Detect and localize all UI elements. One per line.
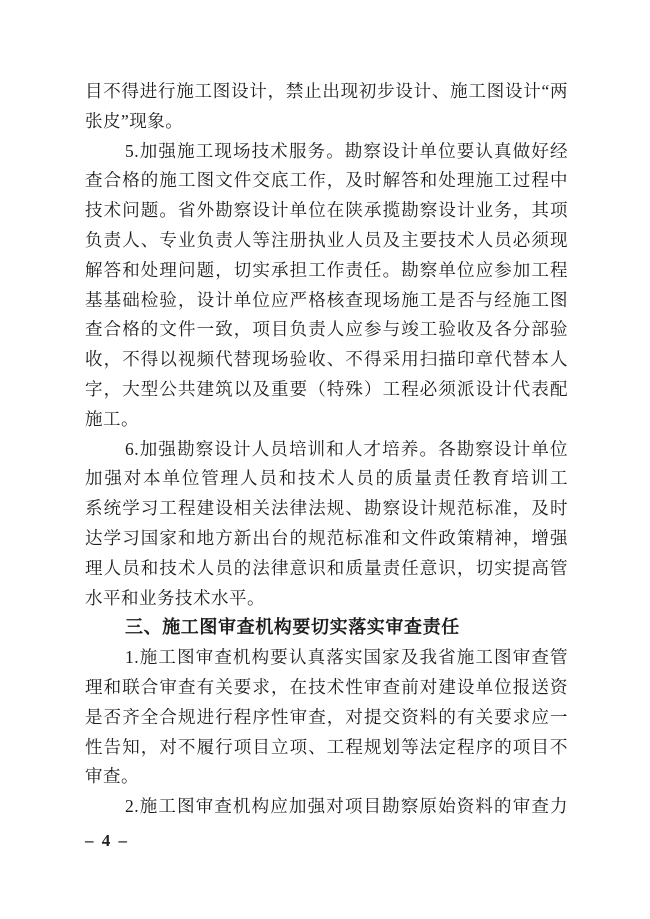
page-number: – 4 –	[85, 831, 129, 851]
text-line: 水平和业务技术水平。	[85, 584, 568, 614]
text-line: 施工。	[85, 405, 568, 435]
text-line: 收，不得以视频代替现场验收、不得采用扫描印章代替本人签	[85, 345, 568, 375]
text-line: 技术问题。省外勘察设计单位在陕承揽勘察设计业务，其项目	[85, 196, 568, 226]
text-line: 2.施工图审查机构应加强对项目勘察原始资料的审查力	[85, 792, 568, 822]
text-line: 1.施工图审查机构要认真落实国家及我省施工图审查管	[85, 643, 568, 673]
document-body: 目不得进行施工图设计，禁止出现初步设计、施工图设计“两张皮”现象。5.加强施工现…	[85, 77, 568, 822]
text-line: 理和联合审查有关要求，在技术性审查前对建设单位报送资料	[85, 673, 568, 703]
text-line: 5.加强施工现场技术服务。勘察设计单位要认真做好经审	[85, 137, 568, 167]
text-line: 目不得进行施工图设计，禁止出现初步设计、施工图设计“两	[85, 77, 568, 107]
section-heading: 三、施工图审查机构要切实落实审查责任	[85, 613, 568, 643]
text-line: 基基础检验，设计单位应严格核查现场施工是否与经施工图审	[85, 286, 568, 316]
text-line: 性告知，对不履行项目立项、工程规划等法定程序的项目不予	[85, 733, 568, 763]
text-line: 6.加强勘察设计人员培训和人才培养。各勘察设计单位要	[85, 435, 568, 465]
document-page: 目不得进行施工图设计，禁止出现初步设计、施工图设计“两张皮”现象。5.加强施工现…	[0, 0, 650, 919]
text-line: 字，大型公共建筑以及重要（特殊）工程必须派设计代表配合	[85, 375, 568, 405]
text-line: 理人员和技术人员的法律意识和质量责任意识，切实提高管理	[85, 554, 568, 584]
text-line: 负责人、专业负责人等注册执业人员及主要技术人员必须现场	[85, 226, 568, 256]
text-line: 查合格的施工图文件交底工作，及时解答和处理施工过程中的	[85, 166, 568, 196]
text-line: 查合格的文件一致，项目负责人应参与竣工验收及各分部验	[85, 315, 568, 345]
text-line: 审查。	[85, 762, 568, 792]
text-line: 解答和处理问题，切实承担工作责任。勘察单位应参加工程地	[85, 256, 568, 286]
text-line: 张皮”现象。	[85, 107, 568, 137]
text-line: 达学习国家和地方新出台的规范标准和文件政策精神，增强管	[85, 524, 568, 554]
text-line: 系统学习工程建设相关法律法规、勘察设计规范标准，及时传	[85, 494, 568, 524]
text-line: 是否齐全合规进行程序性审查，对提交资料的有关要求应一次	[85, 703, 568, 733]
text-line: 加强对本单位管理人员和技术人员的质量责任教育培训工作，	[85, 464, 568, 494]
